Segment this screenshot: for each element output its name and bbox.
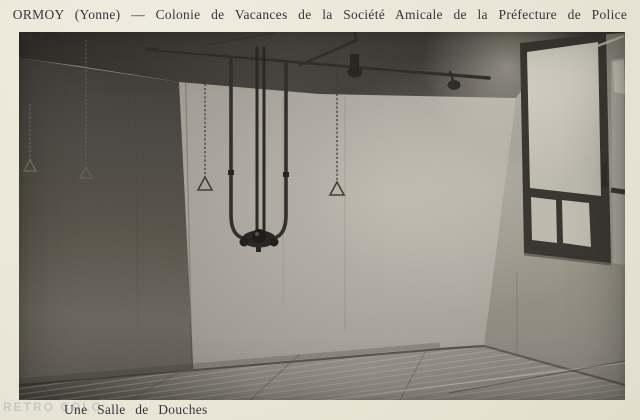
window xyxy=(520,33,625,265)
window-lower-pane-mid xyxy=(562,200,591,247)
ceiling-pipes xyxy=(147,33,489,90)
mixer-valve xyxy=(240,229,279,252)
postcard: ORMOY (Yonne) — Colonie de Vacances de l… xyxy=(0,0,640,420)
window-upper-glass xyxy=(527,42,601,196)
window-lower-pane-left xyxy=(531,197,557,243)
postcard-subtitle: Une Salle de Douches xyxy=(64,402,208,418)
postcard-title: ORMOY (Yonne) — Colonie de Vacances de l… xyxy=(0,7,640,23)
shower-room-photo: Cliché L. Durand — Auxerre xyxy=(19,32,625,400)
shower-pipe-column xyxy=(228,48,289,252)
floor-scratch xyxy=(301,363,625,400)
casement-transom xyxy=(611,190,625,192)
pull-chain-center-right xyxy=(330,56,344,195)
casement-glass-highlight xyxy=(613,60,625,94)
photographer-credit: Cliché L. Durand — Auxerre xyxy=(19,32,227,399)
window-handle-knob xyxy=(602,181,608,187)
